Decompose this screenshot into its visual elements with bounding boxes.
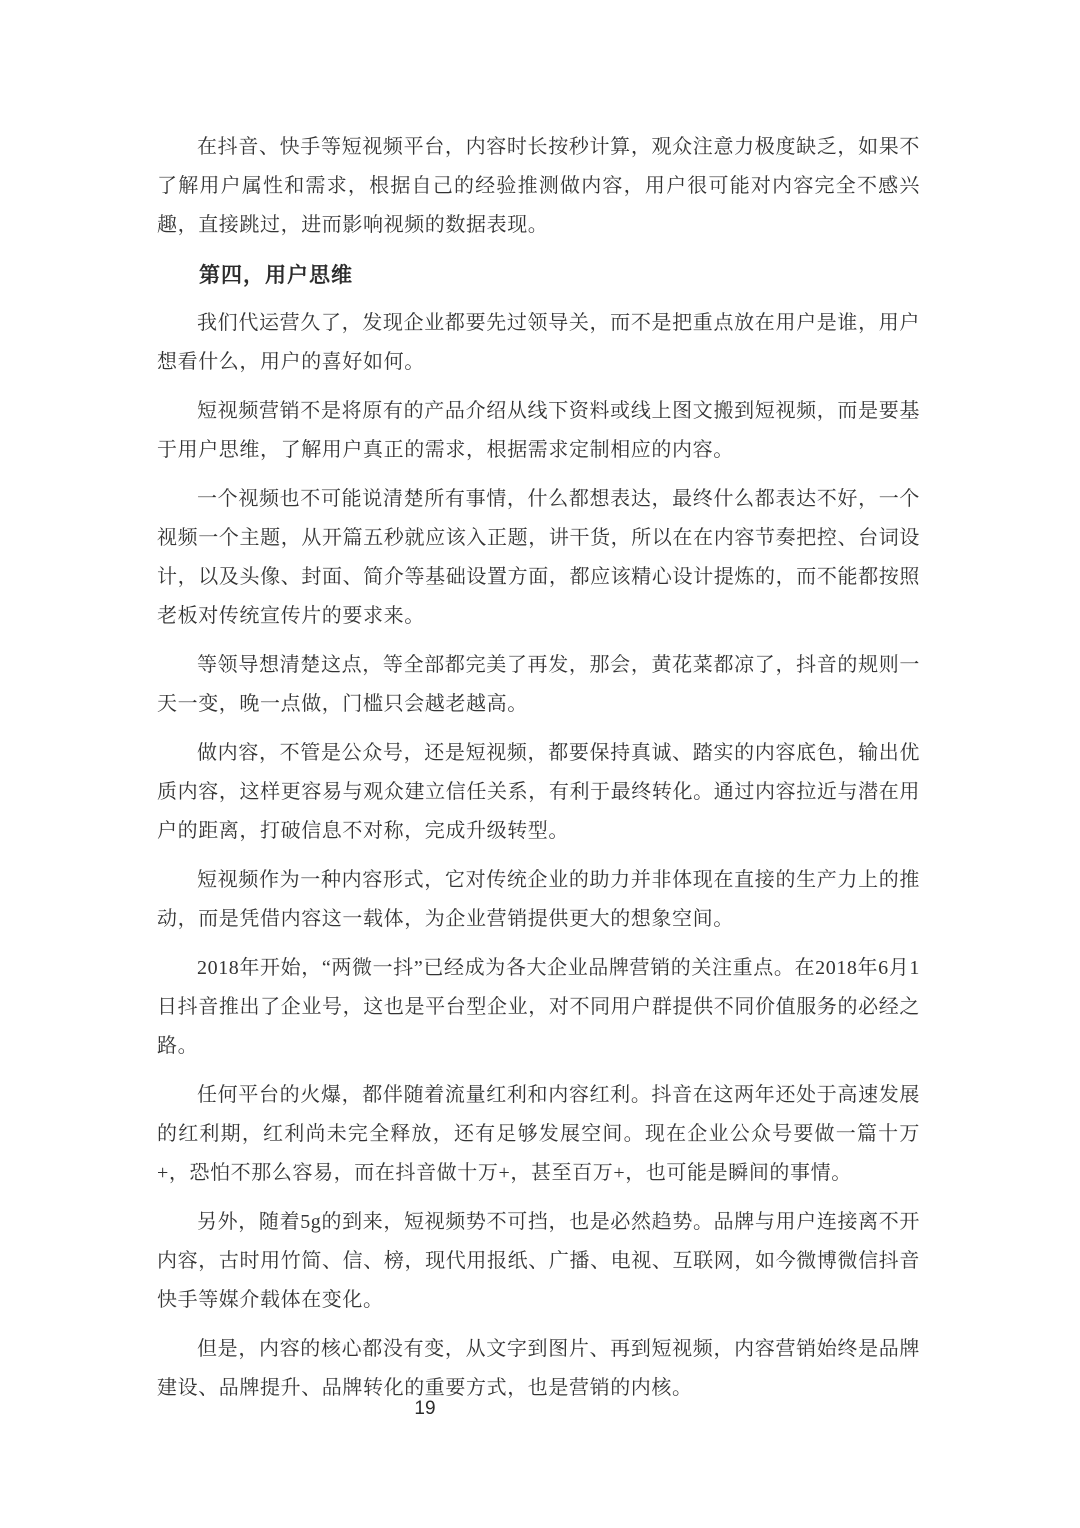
paragraph: 一个视频也不可能说清楚所有事情，什么都想表达，最终什么都表达不好，一个视频一个主… — [157, 480, 920, 636]
paragraph: 但是，内容的核心都没有变，从文字到图片、再到短视频，内容营销始终是品牌建设、品牌… — [157, 1330, 920, 1408]
paragraph: 任何平台的火爆，都伴随着流量红利和内容红利。抖音在这两年还处于高速发展的红利期，… — [157, 1076, 920, 1193]
section-heading: 第四，用户思维 — [157, 260, 920, 290]
paragraph: 2018年开始，“两微一抖”已经成为各大企业品牌营销的关注重点。在2018年6月… — [157, 949, 920, 1066]
paragraph: 另外，随着5g的到来，短视频势不可挡，也是必然趋势。品牌与用户连接离不开内容，古… — [157, 1203, 920, 1320]
paragraph: 短视频作为一种内容形式，它对传统企业的助力并非体现在直接的生产力上的推动，而是凭… — [157, 861, 920, 939]
paragraph: 短视频营销不是将原有的产品介绍从线下资料或线上图文搬到短视频，而是要基于用户思维… — [157, 392, 920, 470]
paragraph: 等领导想清楚这点，等全部都完美了再发，那会，黄花菜都凉了，抖音的规则一天一变，晚… — [157, 646, 920, 724]
paragraph: 我们代运营久了，发现企业都要先过领导关，而不是把重点放在用户是谁，用户想看什么，… — [157, 304, 920, 382]
document-page: 在抖音、快手等短视频平台，内容时长按秒计算，观众注意力极度缺乏，如果不了解用户属… — [0, 0, 1080, 1528]
page-number: 19 — [414, 1398, 435, 1420]
paragraph: 在抖音、快手等短视频平台，内容时长按秒计算，观众注意力极度缺乏，如果不了解用户属… — [157, 128, 920, 245]
paragraph: 做内容，不管是公众号，还是短视频，都要保持真诚、踏实的内容底色，输出优质内容，这… — [157, 734, 920, 851]
